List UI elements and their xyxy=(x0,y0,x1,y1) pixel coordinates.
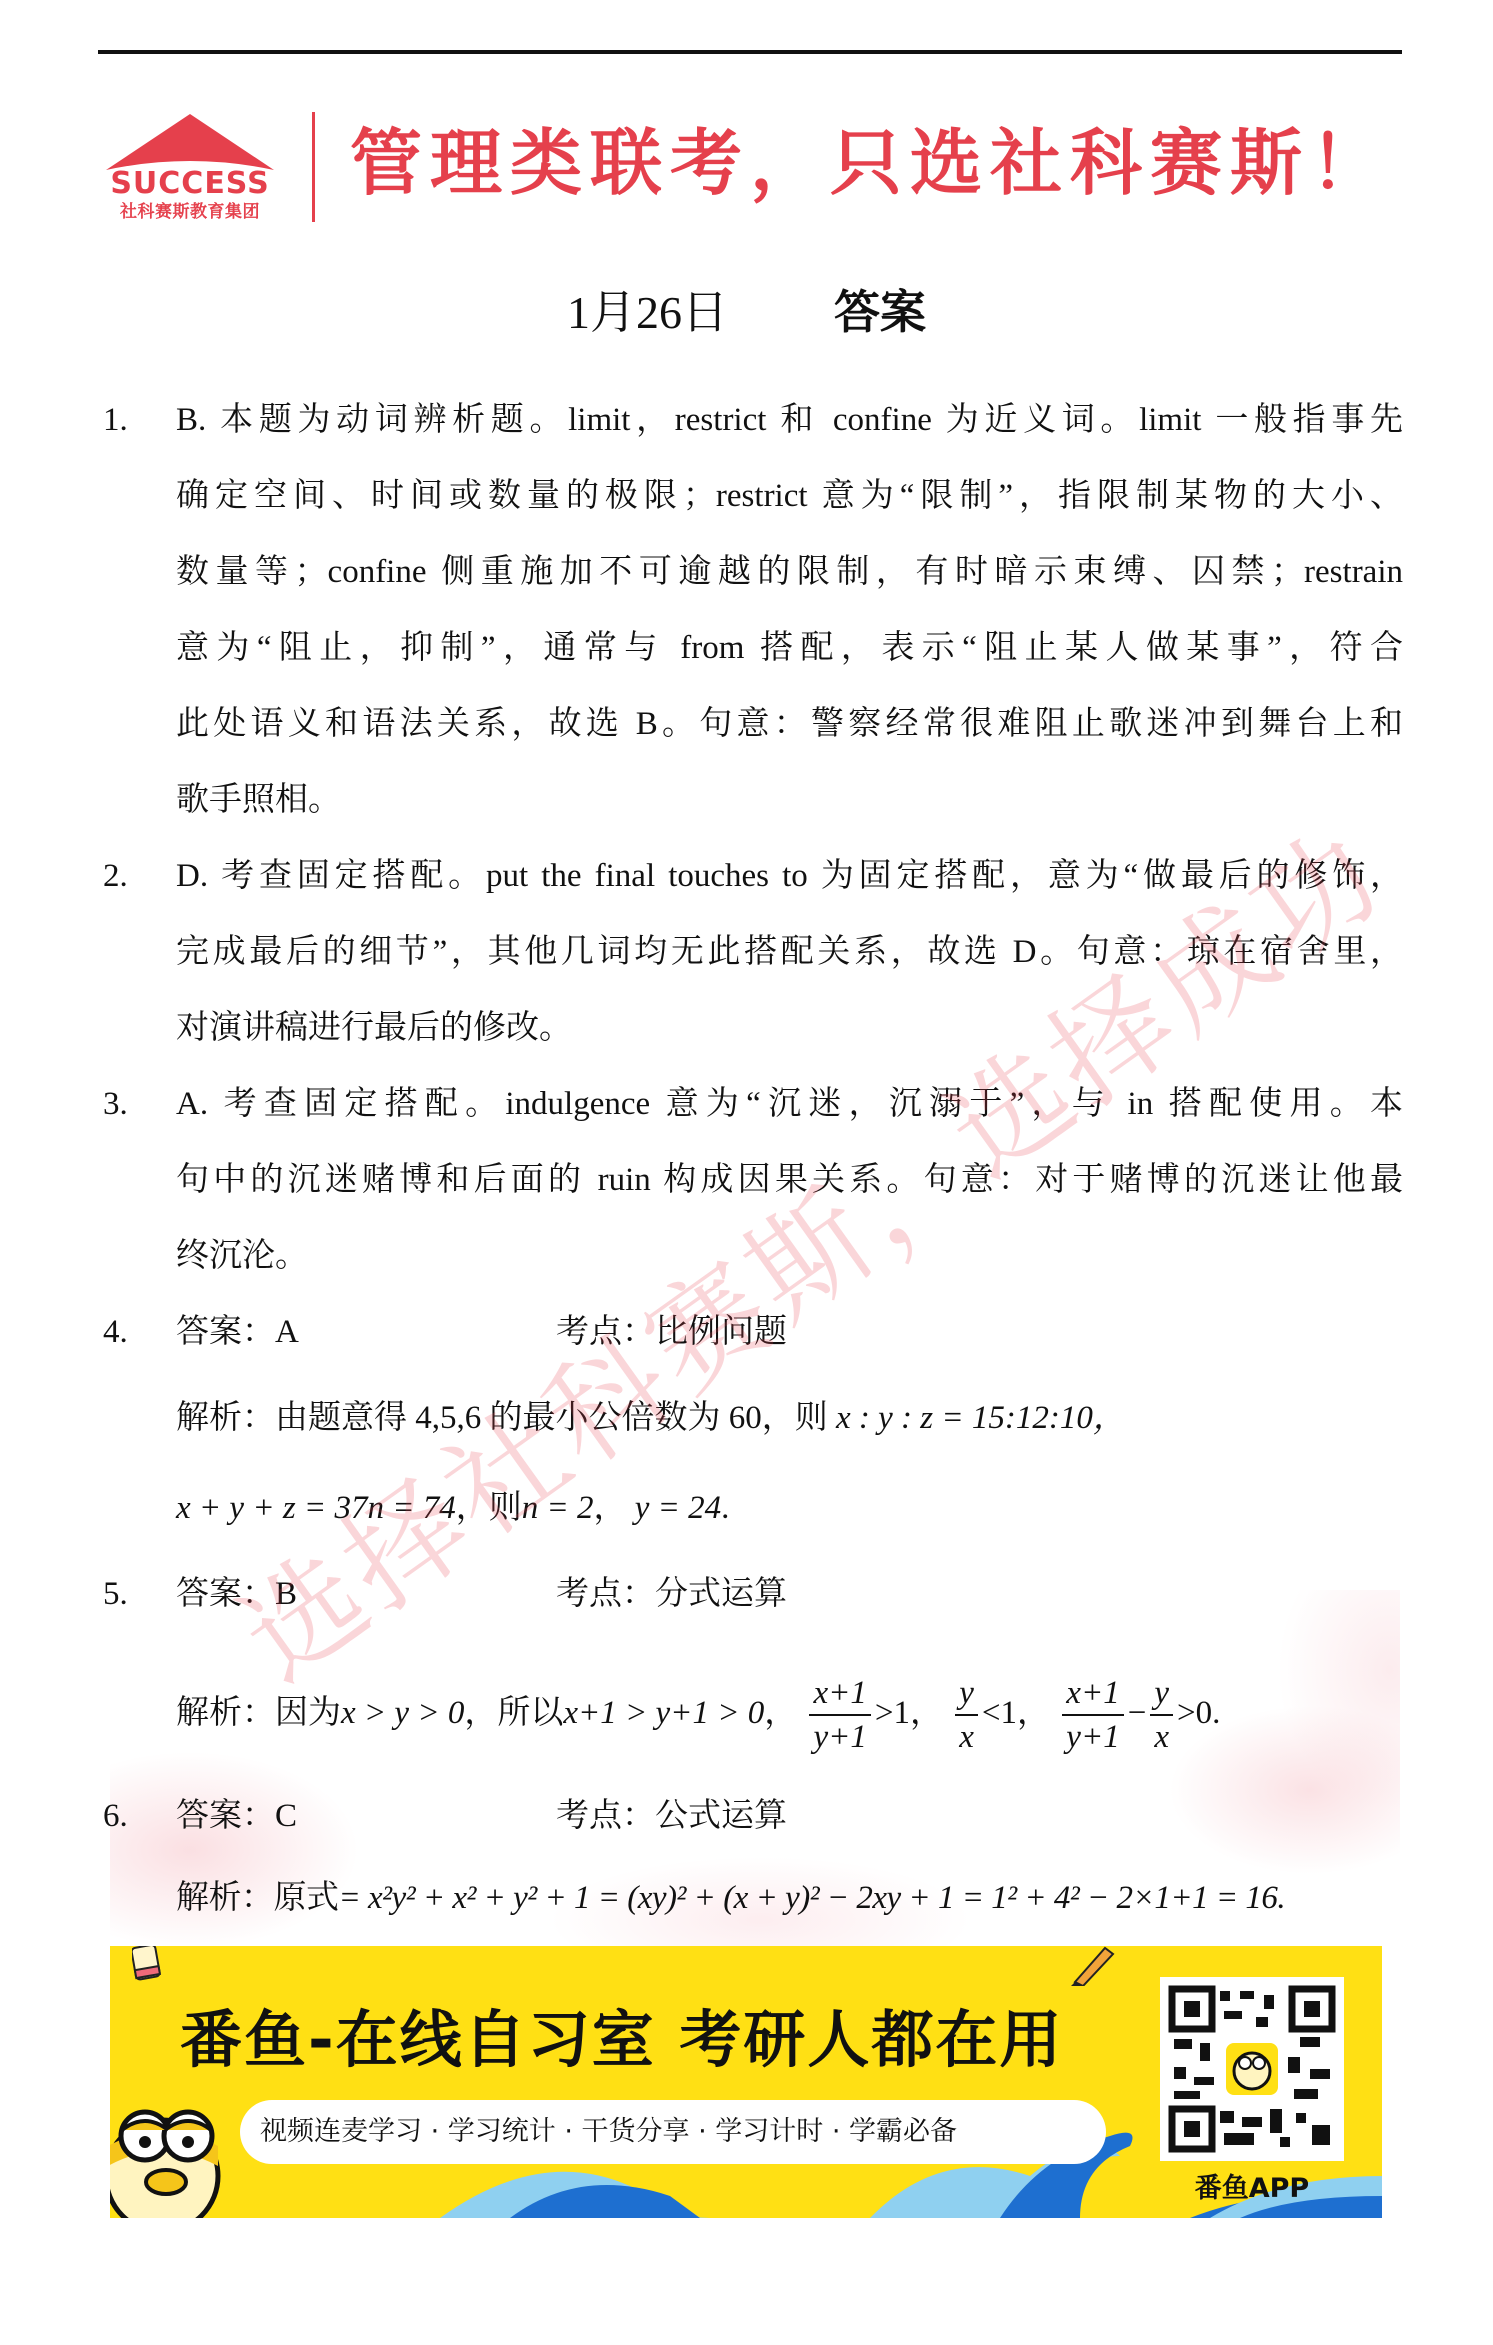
fraction: x+1y+1 xyxy=(809,1672,870,1758)
analysis-line: x + y + z = 37n = 74，则n = 2， y = 24. xyxy=(176,1470,1403,1546)
analysis-math: y = 24 xyxy=(635,1490,721,1526)
answer-line: 句中的沉迷赌博和后面的 ruin 构成因果关系。句意：对于赌博的沉迷让他最 xyxy=(176,1142,1403,1218)
banner-headline: 番鱼-在线自习室 考研人都在用 xyxy=(180,2002,1063,2078)
answer-list: 1. B. 本题为动词辨析题。limit，restrict 和 confine … xyxy=(103,382,1403,1936)
fraction: yx xyxy=(1150,1672,1173,1758)
qr-label: 番鱼APP xyxy=(1160,2172,1344,2206)
question-2: 2. D. 考查固定搭配。put the final touches to 为固… xyxy=(103,838,1403,1066)
analysis-line: 解析：原式= x²y² + x² + y² + 1 = (xy)² + (x +… xyxy=(176,1860,1403,1936)
numerator: x+1 xyxy=(1062,1672,1123,1716)
answer-line: 对演讲稿进行最后的修改。 xyxy=(176,990,1403,1066)
answer-line: D. 考查固定搭配。put the final touches to 为固定搭配… xyxy=(176,838,1403,914)
answer-line: 确定空间、时间或数量的极限；restrict 意为“限制”，指限制某物的大小、 xyxy=(176,458,1403,534)
fraction: yx xyxy=(955,1672,978,1758)
question-3: 3. A. 考查固定搭配。indulgence 意为“沉迷，沉溺于”，与 in … xyxy=(103,1066,1403,1294)
analysis-math: = x²y² + x² + y² + 1 = (xy)² + (x + y)² … xyxy=(339,1880,1286,1916)
answer-row: 答案：C 考点：公式运算 xyxy=(176,1778,1403,1854)
analysis-text: 解析：由题意得 4,5,6 的最小公倍数为 60，则 xyxy=(176,1400,836,1436)
analysis-math: n = 2 xyxy=(522,1490,594,1526)
analysis-text: . xyxy=(721,1490,729,1526)
analysis-math: x+1 > y+1 > 0 xyxy=(563,1695,764,1731)
answer-line: 数量等；confine 侧重施加不可逾越的限制，有时暗示束缚、囚禁；restra… xyxy=(176,534,1403,610)
question-number: 6. xyxy=(103,1778,128,1854)
numerator: y xyxy=(955,1672,978,1716)
answer-row: 答案：A 考点：比例问题 xyxy=(176,1294,1403,1370)
denominator: y+1 xyxy=(1066,1716,1119,1758)
question-5: 5. 答案：B 考点：分式运算 解析：因为x > y > 0，所以x+1 > y… xyxy=(103,1556,1403,1758)
qr-code-icon xyxy=(1160,1977,1344,2161)
promo-banner[interactable]: 番鱼-在线自习室 考研人都在用 视频连麦学习 · 学习统计 · 干货分享 · 学… xyxy=(110,1946,1382,2218)
feature-list: 视频连麦学习 · 学习统计 · 干货分享 · 学习计时 · 学霸必备 xyxy=(260,2100,1110,2164)
topic-label: 考点：分式运算 xyxy=(556,1556,787,1632)
question-number: 4. xyxy=(103,1294,128,1370)
analysis-text: 解析：原式 xyxy=(176,1880,339,1916)
analysis-math: x : y : z = 15:12:10， xyxy=(836,1400,1126,1436)
logo-subtitle: 社科赛斯教育集团 xyxy=(102,202,278,222)
answer-line: 意为“阻止，抑制”，通常与 from 搭配，表示“阻止某人做某事”，符合 xyxy=(176,610,1403,686)
answer-choice: 答案：B xyxy=(176,1556,556,1632)
question-number: 5. xyxy=(103,1556,128,1632)
analysis-text: <1， xyxy=(982,1695,1050,1731)
analysis-math: x + y + z = 37n = 74 xyxy=(176,1490,456,1526)
denominator: y+1 xyxy=(813,1716,866,1758)
qr-code[interactable] xyxy=(1160,1977,1344,2161)
pufferfish-mascot-icon xyxy=(110,2096,230,2218)
logo-roof-icon xyxy=(104,112,276,174)
question-number: 1. xyxy=(103,382,128,458)
answer-choice: 答案：C xyxy=(176,1778,556,1854)
question-4: 4. 答案：A 考点：比例问题 解析：由题意得 4,5,6 的最小公倍数为 60… xyxy=(103,1294,1403,1546)
answer-choice: 答案：A xyxy=(176,1294,556,1370)
numerator: y xyxy=(1150,1672,1173,1716)
pencil-icon xyxy=(1065,1946,1115,1986)
answer-line: A. 考查固定搭配。indulgence 意为“沉迷，沉溺于”，与 in 搭配使… xyxy=(176,1066,1403,1142)
denominator: x xyxy=(959,1716,974,1758)
fraction: x+1y+1 xyxy=(1062,1672,1123,1758)
answer-line: B. 本题为动词辨析题。limit，restrict 和 confine 为近义… xyxy=(176,382,1403,458)
analysis-text: − xyxy=(1128,1695,1147,1731)
answer-row: 答案：B 考点：分式运算 xyxy=(176,1556,1403,1632)
analysis-text: ，所以 xyxy=(464,1695,563,1731)
logo-divider xyxy=(312,112,315,222)
denominator: x xyxy=(1154,1716,1169,1758)
title-label: 答案 xyxy=(834,285,926,339)
question-number: 3. xyxy=(103,1066,128,1142)
answer-line: 终沉沦。 xyxy=(176,1218,1403,1294)
question-6: 6. 答案：C 考点：公式运算 解析：原式= x²y² + x² + y² + … xyxy=(103,1778,1403,1936)
analysis-text: >0. xyxy=(1177,1695,1220,1731)
question-number: 2. xyxy=(103,838,128,914)
question-1: 1. B. 本题为动词辨析题。limit，restrict 和 confine … xyxy=(103,382,1403,838)
logo-wordmark: SUCCESS xyxy=(104,168,276,200)
analysis-text: 解析：因为 xyxy=(176,1695,341,1731)
topic-label: 考点：比例问题 xyxy=(556,1294,787,1370)
analysis-text: ， xyxy=(594,1490,627,1526)
analysis-line: 解析：由题意得 4,5,6 的最小公倍数为 60，则 x : y : z = 1… xyxy=(176,1380,1403,1456)
analysis-math: x > y > 0 xyxy=(341,1695,464,1731)
page-title: 1月26日答案 xyxy=(0,282,1493,343)
numerator: x+1 xyxy=(809,1672,870,1716)
topic-label: 考点：公式运算 xyxy=(556,1778,787,1854)
answer-line: 歌手照相。 xyxy=(176,762,1403,838)
analysis-line: 解析：因为x > y > 0，所以x+1 > y+1 > 0， x+1y+1>1… xyxy=(176,1668,1403,1758)
answer-line: 完成最后的细节”，其他几词均无此搭配关系，故选 D。句意：琼在宿舍里， xyxy=(176,914,1403,990)
eraser-icon xyxy=(132,1946,162,1982)
header-rule xyxy=(98,50,1402,54)
header-slogan: 管理类联考，只选社科赛斯！ xyxy=(350,118,1410,208)
answer-line: 此处语义和语法关系，故选 B。句意：警察经常很难阻止歌迷冲到舞台上和 xyxy=(176,686,1403,762)
title-date: 1月26日 xyxy=(567,287,728,338)
analysis-text: ， xyxy=(764,1695,797,1731)
analysis-text: ，则 xyxy=(456,1490,522,1526)
analysis-text: >1， xyxy=(875,1695,943,1731)
